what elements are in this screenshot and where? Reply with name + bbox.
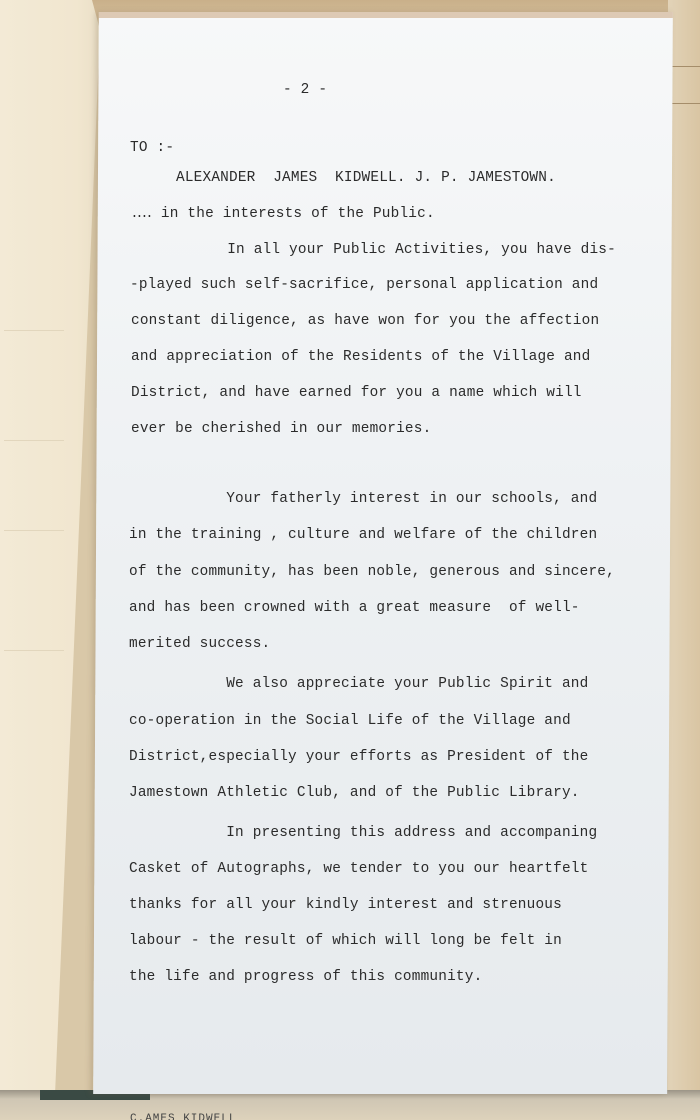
addressee: ALEXANDER JAMES KIDWELL. J. P. JAMESTOWN…	[176, 170, 556, 186]
body-line: co-operation in the Social Life of the V…	[129, 713, 571, 729]
body-line: We also appreciate your Public Spirit an…	[129, 676, 588, 692]
body-line: In all your Public Activities, you have …	[130, 242, 616, 258]
body-line: In presenting this address and accompani…	[129, 825, 597, 841]
body-line: and has been crowned with a great measur…	[129, 600, 580, 616]
body-line: of the community, has been noble, genero…	[129, 564, 615, 580]
surface-edge-line	[668, 66, 700, 67]
body-line: the life and progress of this community.	[129, 969, 482, 985]
body-line: ever be cherished in our memories.	[131, 421, 431, 437]
body-line: District,especially your efforts as Pres…	[129, 749, 588, 765]
body-line: Your fatherly interest in our schools, a…	[129, 491, 597, 507]
faint-rule	[4, 650, 64, 651]
body-line: and appreciation of the Residents of the…	[131, 349, 590, 365]
faint-rule	[4, 530, 64, 531]
body-line: constant diligence, as have won for you …	[131, 313, 599, 329]
surface-edge-line	[668, 103, 700, 104]
table-surface-right	[668, 0, 700, 1120]
body-line: Casket of Autographs, we tender to you o…	[129, 861, 588, 877]
underlying-page-label: C.AMES KIDWELL	[130, 1108, 236, 1120]
body-line: in the training , culture and welfare of…	[129, 527, 597, 543]
faint-rule	[4, 330, 64, 331]
body-line: -played such self-sacrifice, personal ap…	[130, 277, 598, 293]
body-line: thanks for all your kindly interest and …	[129, 897, 562, 913]
body-line: Jamestown Athletic Club, and of the Publ…	[129, 785, 580, 801]
page-number: - 2 -	[283, 82, 327, 98]
faint-rule	[4, 440, 64, 441]
body-line: merited success.	[129, 636, 270, 652]
subtitle: ․․․․ in the interests of the Public.	[132, 205, 435, 222]
body-line: labour - the result of which will long b…	[129, 933, 562, 949]
salutation: TO :-	[130, 140, 174, 156]
underlying-page-bottom	[0, 1090, 700, 1120]
body-line: District, and have earned for you a name…	[131, 385, 582, 401]
